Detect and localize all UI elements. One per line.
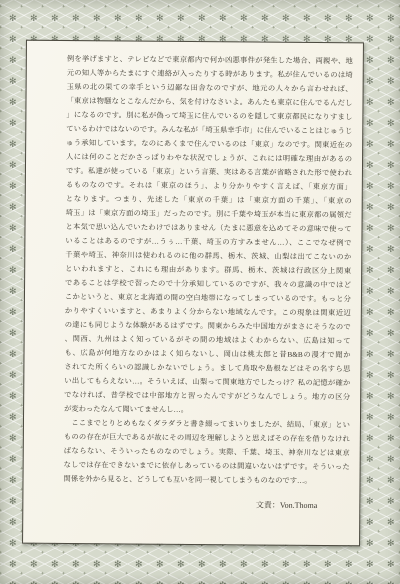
flower-motif-icon: ✦ [377,236,381,241]
flower-motif-icon: ✻ [9,330,17,339]
flower-motif-icon: ✦ [0,152,3,157]
flower-motif-icon: ✻ [366,120,374,129]
flower-motif-icon: ✻ [366,393,374,402]
flower-motif-icon: ✻ [387,36,395,45]
flower-motif-icon: ✦ [230,572,234,577]
flower-motif-icon: ✦ [377,446,381,451]
flower-motif-icon: ✦ [377,110,381,115]
flower-motif-icon: ✻ [9,561,17,570]
flower-motif-icon: ✦ [104,5,108,10]
flower-motif-icon: ✻ [114,561,122,570]
flower-motif-icon: ✦ [335,551,339,556]
flower-motif-icon: ✻ [51,0,59,3]
flower-motif-icon: ✦ [209,26,213,31]
flower-motif-icon: ✦ [188,26,192,31]
flower-motif-icon: ✦ [167,26,171,31]
flower-motif-icon: ✦ [377,404,381,409]
flower-motif-icon: ✻ [387,183,395,192]
flower-motif-icon: ✦ [209,572,213,577]
flower-motif-icon: ✦ [20,26,24,31]
flower-motif-icon: ✻ [366,225,374,234]
flower-motif-icon: ✻ [387,0,395,3]
flower-motif-icon: ✦ [20,152,24,157]
flower-motif-icon: ✻ [114,15,122,24]
text-line: 関係を外から見ると、どうしても互いを同一視してしまうものなのです…。 [63,472,349,488]
flower-motif-icon: ✦ [0,194,3,199]
flower-motif-icon: ✻ [135,15,143,24]
flower-motif-icon: ✦ [20,5,24,10]
flower-motif-icon: ✦ [377,68,381,73]
flower-motif-icon: ✦ [377,362,381,367]
flower-motif-icon: ✻ [9,36,17,45]
flower-motif-icon: ✻ [72,15,80,24]
flower-motif-icon: ✻ [9,372,17,381]
flower-motif-icon: ✦ [377,299,381,304]
flower-motif-icon: ✦ [20,572,24,577]
flower-motif-icon: ✻ [387,288,395,297]
flower-motif-icon: ✻ [9,435,17,444]
flower-motif-icon: ✻ [177,561,185,570]
flower-motif-icon: ✦ [62,551,66,556]
flower-motif-icon: ✦ [0,488,3,493]
flower-motif-icon: ✻ [30,561,38,570]
flower-motif-icon: ✻ [177,15,185,24]
flower-motif-icon: ✻ [9,393,17,402]
flower-motif-icon: ✦ [251,572,255,577]
flower-motif-icon: ✦ [356,5,360,10]
flower-motif-icon: ✻ [72,561,80,570]
flower-motif-icon: ✻ [366,498,374,507]
flower-motif-icon: ✻ [9,162,17,171]
flower-motif-icon: ✻ [345,0,353,3]
flower-motif-icon: ✦ [314,26,318,31]
flower-motif-icon: ✦ [20,215,24,220]
flower-motif-icon: ✦ [83,551,87,556]
flower-motif-icon: ✦ [377,509,381,514]
flower-motif-icon: ✦ [377,320,381,325]
flower-motif-icon: ✻ [240,0,248,3]
flower-motif-icon: ✻ [324,15,332,24]
flower-motif-icon: ✦ [0,5,3,10]
flower-motif-icon: ✻ [72,0,80,3]
flower-motif-icon: ✦ [272,5,276,10]
flower-motif-icon: ✻ [9,99,17,108]
flower-motif-icon: ✦ [230,26,234,31]
flower-motif-icon: ✦ [0,530,3,535]
flower-motif-icon: ✻ [387,78,395,87]
flower-motif-icon: ✦ [83,572,87,577]
flower-motif-icon: ✻ [9,309,17,318]
flower-motif-icon: ✦ [0,278,3,283]
flower-motif-icon: ✻ [282,0,290,3]
flower-motif-icon: ✻ [366,267,374,276]
flower-motif-icon: ✻ [366,57,374,66]
flower-motif-icon: ✻ [366,162,374,171]
flower-motif-icon: ✦ [167,5,171,10]
flower-motif-icon: ✻ [387,120,395,129]
flower-motif-icon: ✻ [387,561,395,570]
flower-motif-icon: ✦ [41,5,45,10]
flower-motif-icon: ✻ [156,561,164,570]
flower-motif-icon: ✦ [377,467,381,472]
flower-motif-icon: ✦ [272,26,276,31]
flower-motif-icon: ✦ [377,551,381,556]
flower-motif-icon: ✻ [366,36,374,45]
flower-motif-icon: ✻ [387,330,395,339]
flower-motif-icon: ✦ [146,5,150,10]
flower-motif-icon: ✦ [0,509,3,514]
flower-motif-icon: ✦ [293,5,297,10]
flower-motif-icon: ✦ [209,551,213,556]
flower-motif-icon: ✻ [366,288,374,297]
flower-motif-icon: ✻ [387,246,395,255]
flower-motif-icon: ✻ [261,561,269,570]
flower-motif-icon: ✦ [377,47,381,52]
flower-motif-icon: ✻ [366,435,374,444]
flower-motif-icon: ✦ [377,5,381,10]
flower-motif-icon: ✦ [251,551,255,556]
flower-motif-icon: ✻ [9,351,17,360]
flower-motif-icon: ✦ [314,572,318,577]
flower-motif-icon: ✻ [324,0,332,3]
flower-motif-icon: ✻ [93,0,101,3]
flower-motif-icon: ✦ [125,5,129,10]
flower-motif-icon: ✦ [335,26,339,31]
flower-motif-icon: ✦ [20,236,24,241]
flower-motif-icon: ✦ [20,110,24,115]
flower-motif-icon: ✻ [9,78,17,87]
flower-motif-icon: ✦ [209,5,213,10]
flower-motif-icon: ✦ [104,572,108,577]
flower-motif-icon: ✻ [387,435,395,444]
flower-motif-icon: ✦ [125,26,129,31]
flower-motif-icon: ✻ [9,57,17,66]
flower-motif-icon: ✻ [9,540,17,549]
flower-motif-icon: ✦ [20,257,24,262]
flower-motif-icon: ✦ [0,572,3,577]
flower-motif-icon: ✻ [387,309,395,318]
flower-motif-icon: ✦ [0,299,3,304]
flower-motif-icon: ✦ [377,89,381,94]
flower-motif-icon: ✦ [146,551,150,556]
flower-motif-icon: ✻ [387,477,395,486]
flower-motif-icon: ✻ [345,561,353,570]
flower-motif-icon: ✦ [230,551,234,556]
flower-motif-icon: ✻ [135,0,143,3]
flower-motif-icon: ✦ [0,383,3,388]
flower-motif-icon: ✻ [366,519,374,528]
flower-motif-icon: ✻ [30,0,38,3]
flower-motif-icon: ✦ [20,47,24,52]
flower-motif-icon: ✦ [41,572,45,577]
flower-motif-icon: ✦ [251,26,255,31]
flower-motif-icon: ✻ [366,15,374,24]
flower-motif-icon: ✦ [0,362,3,367]
flower-motif-icon: ✦ [377,173,381,178]
flower-motif-icon: ✻ [9,225,17,234]
flower-motif-icon: ✻ [345,15,353,24]
flower-motif-icon: ✦ [314,551,318,556]
flower-motif-icon: ✻ [9,15,17,24]
flower-motif-icon: ✦ [0,110,3,115]
flower-motif-icon: ✻ [303,0,311,3]
flower-motif-icon: ✻ [387,414,395,423]
flower-motif-icon: ✻ [219,15,227,24]
flower-motif-icon: ✻ [9,456,17,465]
flower-motif-icon: ✻ [261,0,269,3]
flower-motif-icon: ✦ [0,404,3,409]
flower-motif-icon: ✻ [366,246,374,255]
flower-motif-icon: ✦ [104,26,108,31]
flower-motif-icon: ✻ [177,0,185,3]
flower-motif-icon: ✦ [62,26,66,31]
flower-motif-icon: ✻ [282,15,290,24]
flower-motif-icon: ✦ [146,572,150,577]
flower-motif-icon: ✻ [219,0,227,3]
flower-motif-icon: ✦ [377,572,381,577]
flower-motif-icon: ✻ [387,372,395,381]
flower-motif-icon: ✻ [9,183,17,192]
flower-motif-icon: ✦ [167,551,171,556]
flower-motif-icon: ✦ [356,551,360,556]
flower-motif-icon: ✻ [366,0,374,3]
flower-motif-icon: ✻ [387,540,395,549]
flower-motif-icon: ✦ [20,194,24,199]
flower-motif-icon: ✻ [240,15,248,24]
flower-motif-icon: ✦ [377,425,381,430]
flower-motif-icon: ✻ [366,141,374,150]
flower-motif-icon: ✻ [51,561,59,570]
flower-motif-icon: ✻ [282,561,290,570]
flower-motif-icon: ✦ [377,194,381,199]
essay-body: 例を挙げますと、テレビなどで東京都内で何か凶悪事件が発生した場合、両親や、地元の… [63,52,352,488]
flower-motif-icon: ✦ [0,47,3,52]
flower-motif-icon: ✻ [9,519,17,528]
flower-motif-icon: ✻ [366,414,374,423]
flower-motif-icon: ✦ [188,5,192,10]
flower-motif-icon: ✻ [366,183,374,192]
flower-motif-icon: ✻ [156,0,164,3]
flower-motif-icon: ✦ [356,572,360,577]
flower-motif-icon: ✦ [293,572,297,577]
flower-motif-icon: ✻ [9,477,17,486]
flower-motif-icon: ✦ [20,551,24,556]
flower-motif-icon: ✦ [20,131,24,136]
flower-motif-icon: ✻ [219,561,227,570]
flower-motif-icon: ✦ [0,26,3,31]
flower-motif-icon: ✻ [9,498,17,507]
flower-motif-icon: ✻ [387,141,395,150]
flower-motif-icon: ✦ [272,551,276,556]
flower-motif-icon: ✻ [240,561,248,570]
flower-motif-icon: ✦ [314,5,318,10]
flower-motif-icon: ✦ [125,551,129,556]
flower-motif-icon: ✻ [303,561,311,570]
flower-motif-icon: ✦ [146,26,150,31]
flower-motif-icon: ✻ [366,477,374,486]
flower-motif-icon: ✦ [0,425,3,430]
flower-motif-icon: ✦ [0,257,3,262]
flower-motif-icon: ✦ [377,215,381,220]
flower-motif-icon: ✻ [387,351,395,360]
flower-motif-icon: ✦ [0,89,3,94]
flower-motif-icon: ✻ [387,225,395,234]
flower-motif-icon: ✦ [188,572,192,577]
flower-motif-icon: ✦ [377,152,381,157]
flower-motif-icon: ✦ [377,383,381,388]
flower-motif-icon: ✻ [156,15,164,24]
flower-motif-icon: ✦ [272,572,276,577]
flower-motif-icon: ✻ [135,561,143,570]
flower-motif-icon: ✦ [377,131,381,136]
flower-motif-icon: ✦ [0,341,3,346]
flower-motif-icon: ✻ [366,372,374,381]
flower-motif-icon: ✦ [293,26,297,31]
flower-motif-icon: ✻ [387,498,395,507]
flower-motif-icon: ✦ [188,551,192,556]
flower-motif-icon: ✻ [387,15,395,24]
flower-motif-icon: ✦ [377,257,381,262]
flower-motif-icon: ✦ [0,446,3,451]
flower-motif-icon: ✦ [83,26,87,31]
flower-motif-icon: ✻ [303,15,311,24]
flower-motif-icon: ✻ [93,561,101,570]
flower-motif-icon: ✦ [62,5,66,10]
flower-motif-icon: ✦ [0,215,3,220]
flower-motif-icon: ✻ [9,267,17,276]
author-credit: 文責：Von.Thoma [63,497,349,513]
flower-motif-icon: ✦ [125,572,129,577]
flower-motif-icon: ✻ [387,456,395,465]
flower-motif-icon: ✦ [20,173,24,178]
flower-motif-icon: ✻ [387,57,395,66]
flower-motif-icon: ✦ [0,467,3,472]
flower-motif-icon: ✻ [93,15,101,24]
flower-motif-icon: ✻ [9,0,17,3]
flower-motif-icon: ✦ [167,572,171,577]
flower-motif-icon: ✻ [366,330,374,339]
flower-motif-icon: ✻ [198,15,206,24]
flower-motif-icon: ✻ [387,393,395,402]
flower-motif-icon: ✦ [335,572,339,577]
flower-motif-icon: ✦ [41,26,45,31]
flower-motif-icon: ✻ [387,204,395,213]
flower-motif-icon: ✦ [0,551,3,556]
flower-motif-icon: ✦ [0,173,3,178]
flower-motif-icon: ✻ [198,0,206,3]
flower-motif-icon: ✦ [377,341,381,346]
flower-motif-icon: ✦ [377,278,381,283]
flower-motif-icon: ✻ [9,246,17,255]
flower-motif-icon: ✻ [30,15,38,24]
flower-motif-icon: ✻ [366,99,374,108]
flower-motif-icon: ✦ [377,26,381,31]
flower-motif-icon: ✦ [0,320,3,325]
flower-motif-icon: ✻ [366,540,374,549]
flower-motif-icon: ✦ [0,68,3,73]
flower-motif-icon: ✻ [9,288,17,297]
flower-motif-icon: ✻ [387,267,395,276]
flower-motif-icon: ✻ [9,204,17,213]
flower-motif-icon: ✦ [293,551,297,556]
flower-motif-icon: ✻ [261,15,269,24]
flower-motif-icon: ✦ [0,131,3,136]
flower-motif-icon: ✻ [51,15,59,24]
flower-motif-icon: ✻ [324,561,332,570]
flower-motif-icon: ✦ [377,488,381,493]
flower-motif-icon: ✦ [356,26,360,31]
flower-motif-icon: ✦ [20,89,24,94]
flower-motif-icon: ✦ [251,5,255,10]
flower-motif-icon: ✦ [0,236,3,241]
flower-motif-icon: ✻ [366,351,374,360]
flower-motif-icon: ✻ [198,561,206,570]
flower-motif-icon: ✻ [366,456,374,465]
flower-motif-icon: ✦ [104,551,108,556]
flower-motif-icon: ✻ [387,99,395,108]
flower-motif-icon: ✻ [387,519,395,528]
flower-motif-icon: ✻ [9,120,17,129]
flower-motif-icon: ✻ [387,162,395,171]
flower-motif-icon: ✦ [20,68,24,73]
flower-motif-icon: ✻ [366,309,374,318]
flower-motif-icon: ✦ [230,5,234,10]
scanned-page: 例を挙げますと、テレビなどで東京都内で何か凶悪事件が発生した場合、両親や、地元の… [22,40,364,547]
flower-motif-icon: ✻ [114,0,122,3]
flower-motif-icon: ✻ [9,414,17,423]
flower-motif-icon: ✦ [377,530,381,535]
flower-motif-icon: ✻ [366,78,374,87]
flower-motif-icon: ✻ [9,141,17,150]
flower-motif-icon: ✻ [366,204,374,213]
flower-motif-icon: ✦ [62,572,66,577]
flower-motif-icon: ✻ [366,561,374,570]
flower-motif-icon: ✦ [20,278,24,283]
flower-motif-icon: ✦ [83,5,87,10]
flower-motif-icon: ✦ [335,5,339,10]
flower-motif-icon: ✦ [41,551,45,556]
